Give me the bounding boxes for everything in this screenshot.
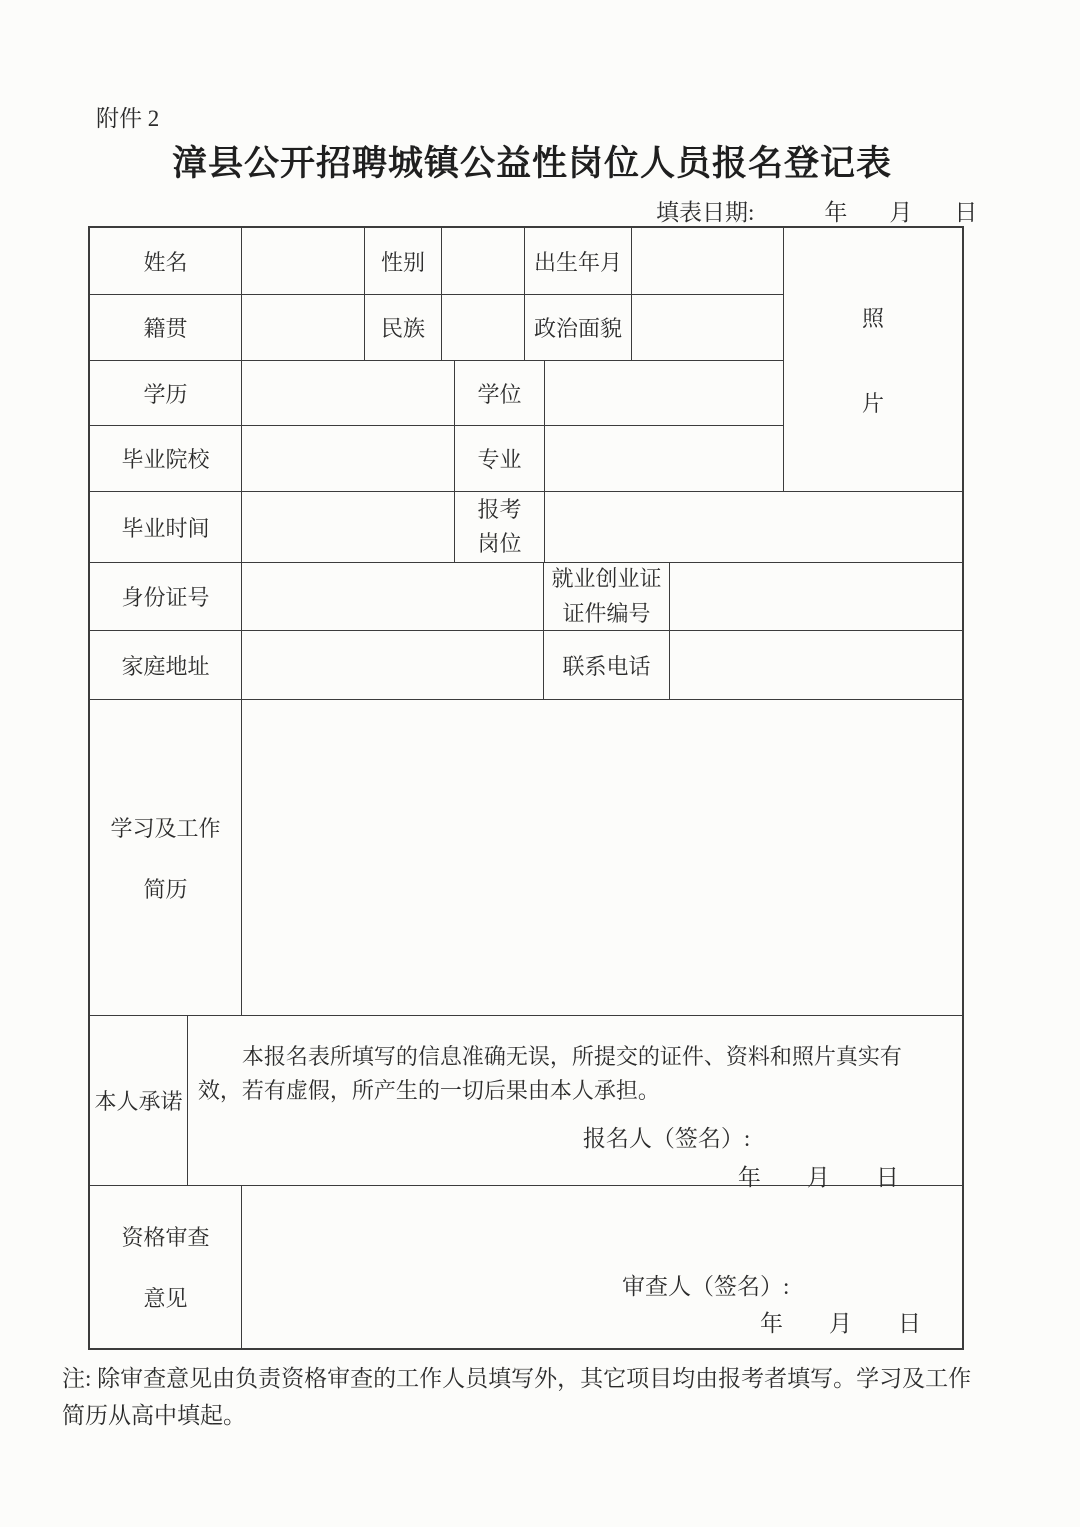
education-label: 学历 — [90, 361, 242, 426]
table-top-section: 姓名 性别 出生年月 籍贯 民族 政治面貌 学历 — [90, 228, 962, 492]
review-opinion-label-line2: 意见 — [143, 1282, 187, 1313]
commitment-content-cell: 本报名表所填写的信息准确无误，所提交的证件、资料和照片真实有效，若有虚假，所产生… — [188, 1016, 962, 1186]
fill-date-label: 填表日期: — [656, 194, 754, 227]
native-place-label: 籍贯 — [90, 295, 242, 361]
home-address-label: 家庭地址 — [90, 631, 242, 700]
photo-label-line1: 照 — [862, 302, 884, 333]
political-status-value-cell — [632, 295, 784, 361]
employment-cert-value-cell — [670, 563, 962, 631]
fill-date-year-unit: 年 — [824, 194, 847, 227]
photo-label-line2: 片 — [862, 387, 884, 418]
graduation-time-label: 毕业时间 — [90, 492, 242, 563]
gender-label: 性别 — [365, 228, 442, 295]
footnote-line2: 简历从高中填起。 — [62, 1397, 974, 1434]
gender-value-cell — [442, 228, 525, 295]
reviewer-date-day-unit: 日 — [898, 1305, 921, 1338]
resume-content-cell — [242, 700, 962, 1016]
reviewer-date-line: 年 月 日 — [252, 1305, 950, 1338]
applied-position-label-line2: 岗位 — [477, 527, 521, 561]
degree-value-cell — [545, 361, 784, 426]
reviewer-date-year-unit: 年 — [760, 1305, 783, 1338]
major-value-cell — [545, 426, 784, 492]
commitment-label: 本人承诺 — [90, 1016, 188, 1186]
employment-cert-label-line2: 证件编号 — [562, 597, 650, 631]
table-row: 籍贯 民族 政治面貌 — [90, 295, 784, 361]
political-status-label: 政治面貌 — [525, 295, 632, 361]
table-row: 姓名 性别 出生年月 — [90, 228, 784, 295]
fill-date-line: 填表日期: 年 月 日 — [656, 194, 977, 227]
table-row: 家庭地址 联系电话 — [90, 631, 962, 700]
footnote: 注: 除审查意见由负责资格审查的工作人员填写外，其它项目均由报考者填写。学习及工… — [62, 1360, 974, 1434]
attachment-label: 附件 2 — [96, 100, 159, 133]
home-address-value-cell — [242, 631, 544, 700]
table-row: 学习及工作 简历 — [90, 700, 962, 1016]
table-row: 毕业院校 专业 — [90, 426, 784, 492]
applied-position-label: 报考 岗位 — [455, 492, 545, 563]
review-opinion-label-line1: 资格审查 — [121, 1221, 209, 1252]
table-top-left: 姓名 性别 出生年月 籍贯 民族 政治面貌 学历 — [90, 228, 784, 492]
table-row: 毕业时间 报考 岗位 — [90, 492, 962, 563]
commitment-text: 本报名表所填写的信息准确无误，所提交的证件、资料和照片真实有效，若有虚假，所产生… — [198, 1040, 950, 1108]
graduate-school-label: 毕业院校 — [90, 426, 242, 492]
native-place-value-cell — [242, 295, 365, 361]
table-row: 身份证号 就业创业证 证件编号 — [90, 563, 962, 631]
page-title: 漳县公开招聘城镇公益性岗位人员报名登记表 — [0, 136, 1064, 186]
review-content-cell: 审查人（签名）: 年 月 日 — [242, 1186, 962, 1348]
table-row: 本人承诺 本报名表所填写的信息准确无误，所提交的证件、资料和照片真实有效，若有虚… — [90, 1016, 962, 1186]
birth-date-value-cell — [632, 228, 784, 295]
applied-position-label-line1: 报考 — [477, 493, 521, 527]
table-row: 资格审查 意见 审查人（签名）: 年 月 日 — [90, 1186, 962, 1348]
footnote-line1: 注: 除审查意见由负责资格审查的工作人员填写外，其它项目均由报考者填写。学习及工… — [62, 1360, 974, 1397]
id-number-label: 身份证号 — [90, 563, 242, 631]
contact-phone-value-cell — [670, 631, 962, 700]
contact-phone-label: 联系电话 — [544, 631, 670, 700]
employment-cert-label-line1: 就业创业证 — [551, 562, 661, 596]
registration-table: 姓名 性别 出生年月 籍贯 民族 政治面貌 学历 — [88, 226, 964, 1350]
ethnicity-value-cell — [442, 295, 525, 361]
degree-label: 学位 — [455, 361, 545, 426]
applicant-signature-label: 报名人（签名）: — [198, 1120, 950, 1153]
major-label: 专业 — [455, 426, 545, 492]
resume-label-line2: 简历 — [143, 873, 187, 904]
ethnicity-label: 民族 — [365, 295, 442, 361]
id-number-value-cell — [242, 563, 544, 631]
birth-date-label: 出生年月 — [525, 228, 632, 295]
fill-date-month-unit: 月 — [889, 194, 912, 227]
name-value-cell — [242, 228, 365, 295]
reviewer-date-month-unit: 月 — [829, 1305, 852, 1338]
education-value-cell — [242, 361, 455, 426]
applied-position-value-cell — [545, 492, 962, 563]
name-label: 姓名 — [90, 228, 242, 295]
graduation-time-value-cell — [242, 492, 455, 563]
graduate-school-value-cell — [242, 426, 455, 492]
scanned-form-page: 附件 2 漳县公开招聘城镇公益性岗位人员报名登记表 填表日期: 年 月 日 姓名… — [0, 0, 1080, 1527]
reviewer-signature-label: 审查人（签名）: — [252, 1268, 950, 1301]
review-opinion-label: 资格审查 意见 — [90, 1186, 242, 1348]
resume-label: 学习及工作 简历 — [90, 700, 242, 1016]
table-row: 学历 学位 — [90, 361, 784, 426]
fill-date-day-unit: 日 — [954, 194, 977, 227]
employment-cert-label: 就业创业证 证件编号 — [544, 563, 670, 631]
resume-label-line1: 学习及工作 — [110, 812, 220, 843]
photo-cell: 照 片 — [784, 228, 962, 492]
